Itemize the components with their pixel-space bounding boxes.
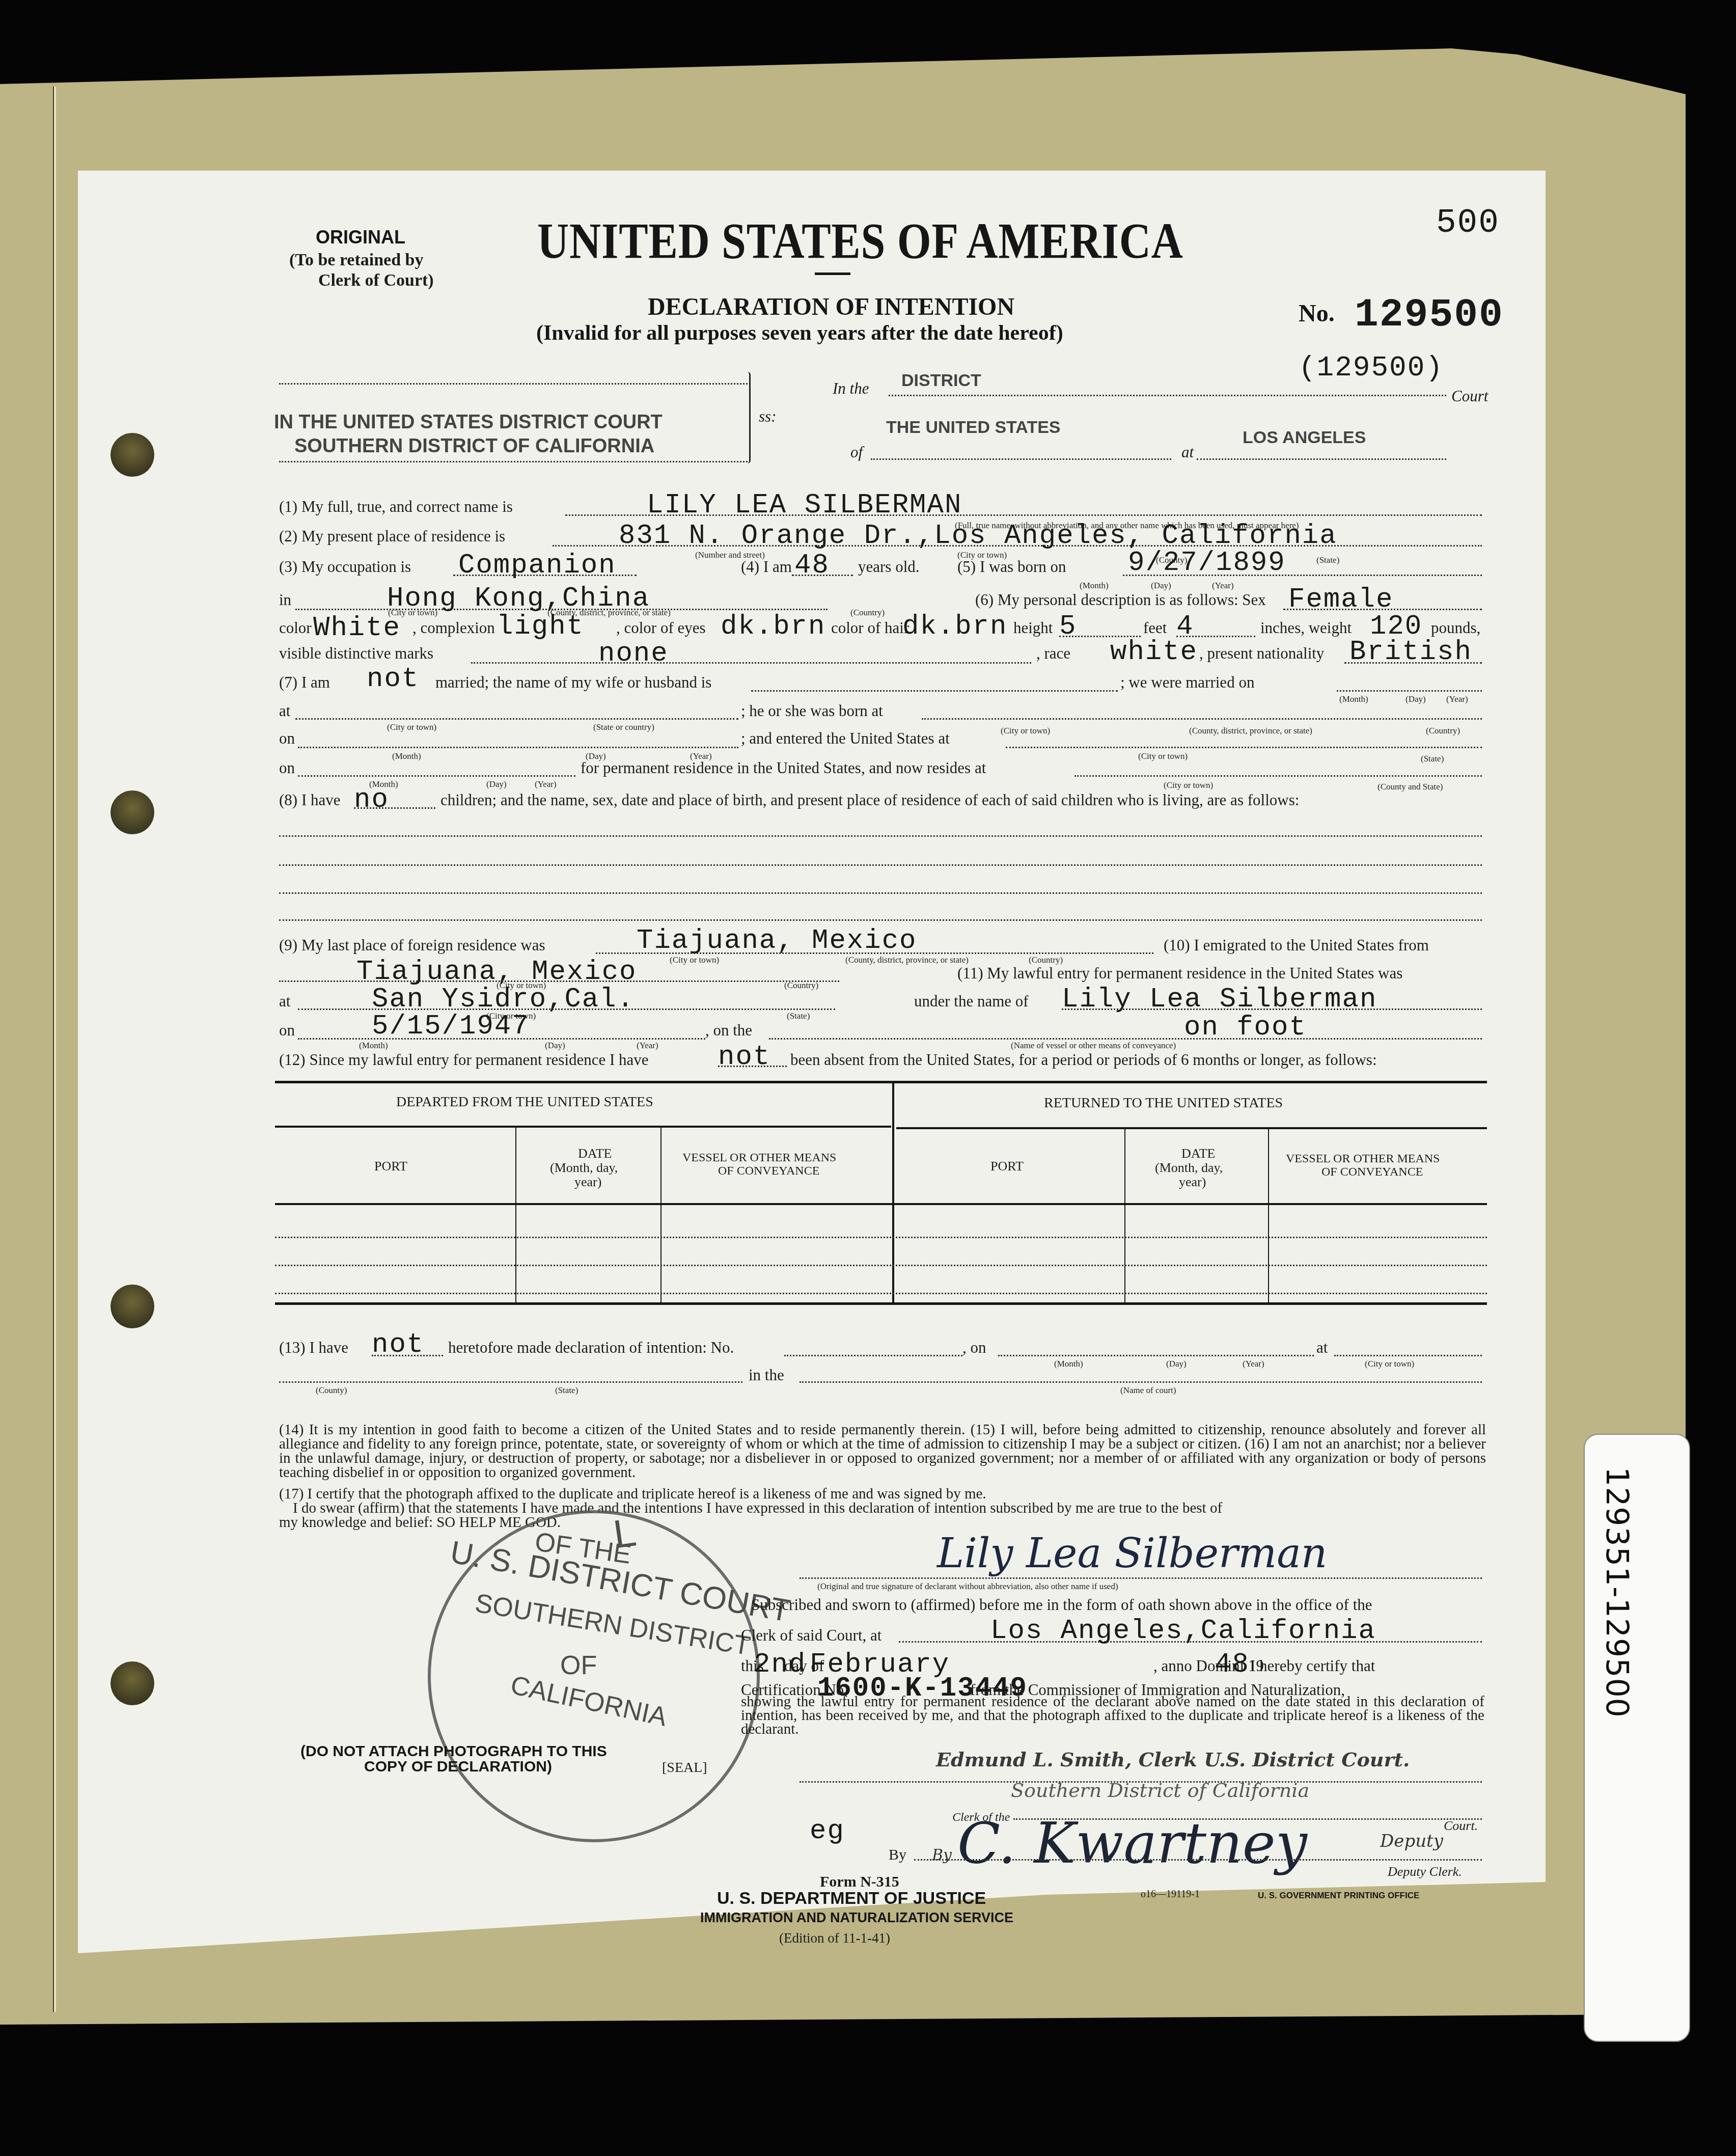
hint: (State) <box>1421 754 1444 764</box>
hint: (Year) <box>1243 1359 1264 1369</box>
q7-label: (7) I am <box>279 673 330 692</box>
prior-declaration-court[interactable] <box>800 1381 1482 1383</box>
hole-punch <box>111 1285 154 1328</box>
occupation[interactable]: Companion <box>458 550 616 581</box>
hint: (Day) <box>1151 581 1171 591</box>
departed-header: DEPARTED FROM THE UNITED STATES <box>396 1094 653 1110</box>
children-line[interactable] <box>279 919 1482 921</box>
birth-date[interactable]: 9/27/1899 <box>1128 548 1286 579</box>
col-date: DATE <box>1181 1146 1215 1161</box>
court-label: Court. <box>1444 1818 1478 1834</box>
color-label: color <box>279 619 312 637</box>
married-on-label: ; we were married on <box>1120 673 1254 692</box>
on-label: on <box>279 759 295 777</box>
validity-note: (Invalid for all purposes seven years af… <box>536 321 1063 345</box>
q7-text: married; the name of my wife or husband … <box>435 673 711 692</box>
number-label: No. <box>1299 299 1335 328</box>
hint: (County) <box>316 1385 347 1396</box>
entry-name[interactable]: Lily Lea Silberman <box>1062 984 1377 1015</box>
title-divider <box>815 272 850 275</box>
at-label: at <box>1316 1339 1328 1357</box>
clerk-location[interactable]: Los Angeles,California <box>990 1616 1376 1647</box>
prior-declaration-date[interactable] <box>998 1355 1314 1356</box>
court-stamp: SOUTHERN DISTRICT OF CALIFORNIA <box>294 435 654 457</box>
hint: (Country) <box>1426 726 1460 736</box>
sex[interactable]: Female <box>1288 584 1393 615</box>
children-line[interactable] <box>279 835 1482 837</box>
q4-label: (4) I am <box>741 558 792 576</box>
last-foreign-residence[interactable]: Tiajuana, Mexico <box>637 925 917 957</box>
q8-label: (8) I have <box>279 791 341 809</box>
hint: (Month) <box>1054 1359 1083 1369</box>
residence[interactable]: 831 N. Orange Dr.,Los Angeles, Californi… <box>619 521 1337 552</box>
table-row[interactable] <box>275 1265 1487 1266</box>
marital-status[interactable]: not <box>367 664 419 695</box>
entry-place[interactable]: San Ysidro,Cal. <box>372 984 635 1015</box>
bracket <box>748 372 751 463</box>
table-row[interactable] <box>275 1237 1487 1238</box>
q5-label: (5) I was born on <box>957 558 1066 576</box>
prior-declaration-county-state[interactable] <box>279 1381 742 1383</box>
hint: (Name of court) <box>1120 1385 1176 1396</box>
hint: (County, district, province, or state) <box>1189 726 1312 736</box>
deputy-signature: C. Kwartney <box>957 1811 1307 1876</box>
clerk-initials: eg <box>810 1816 845 1847</box>
edition: (Edition of 11-1-41) <box>779 1930 890 1946</box>
table-top-rule <box>275 1081 1487 1083</box>
seal-text: OF <box>560 1650 597 1681</box>
pounds-label: pounds, <box>1431 619 1480 637</box>
col-date: (Month, day, <box>1155 1160 1223 1176</box>
absence-status[interactable]: not <box>718 1042 770 1073</box>
col-vessel: VESSEL OR OTHER MEANS <box>682 1151 836 1165</box>
on-the-label: , on the <box>705 1021 752 1040</box>
retained-note: (To be retained by <box>289 251 424 270</box>
nationality-label: , present nationality <box>1199 644 1324 663</box>
oath-paragraph: (14) It is my intention in good faith to… <box>279 1423 1486 1480</box>
hint: (State or country) <box>593 722 654 732</box>
folder-label-range: 129351-129500 <box>1599 1467 1635 2058</box>
hole-punch <box>111 433 154 477</box>
table-row[interactable] <box>275 1293 1487 1294</box>
marks-label: visible distinctive marks <box>279 644 433 663</box>
col-vessel: OF CONVEYANCE <box>1321 1165 1423 1179</box>
under-name-label: under the name of <box>914 992 1029 1011</box>
q10-label: (10) I emigrated to the United States fr… <box>1164 936 1429 954</box>
form-title: DECLARATION OF INTENTION <box>648 293 1014 321</box>
q3-label: (3) My occupation is <box>279 558 411 576</box>
col-date: year) <box>1179 1175 1206 1190</box>
hint: (Month) <box>1080 581 1109 591</box>
hint: (Name of vessel or other means of convey… <box>1011 1041 1176 1051</box>
returned-header: RETURNED TO THE UNITED STATES <box>1044 1095 1283 1111</box>
hint: (State) <box>1316 555 1339 565</box>
feet-label: feet <box>1143 619 1167 637</box>
ss-label: ss: <box>759 407 776 426</box>
q2-label: (2) My present place of residence is <box>279 527 505 545</box>
col-vessel: OF CONVEYANCE <box>718 1164 819 1178</box>
hint: (Day) <box>545 1041 565 1051</box>
hint: (City or town) <box>1138 751 1188 761</box>
sworn-year[interactable]: 48 <box>1215 1649 1250 1680</box>
declaration-number-paren: (129500) <box>1299 351 1444 384</box>
race-label: , race <box>1036 644 1070 663</box>
entry-date[interactable]: 5/15/1947 <box>372 1011 530 1042</box>
on-label: , on <box>962 1339 986 1357</box>
hair-color[interactable]: dk.brn <box>902 611 1007 642</box>
cert-paragraph: showing the lawful entry for permanent r… <box>741 1695 1484 1736</box>
hint: (Country) <box>850 608 885 618</box>
hair-label: color of hair <box>831 619 909 637</box>
signature-hint: (Original and true signature of declaran… <box>817 1581 1118 1592</box>
hint: (Year) <box>1212 581 1234 591</box>
conveyance[interactable]: on foot <box>1184 1012 1307 1043</box>
hint: (County, district, province, or state) <box>845 955 969 965</box>
entered-at-label: ; and entered the United States at <box>741 729 950 748</box>
hint: (Day) <box>1406 694 1426 704</box>
children-line[interactable] <box>279 892 1482 894</box>
hint: (State) <box>555 1385 578 1396</box>
complexion-label: , complexion <box>412 619 495 637</box>
print-code: o16—19119-1 <box>1141 1889 1200 1900</box>
hint: (Month) <box>392 751 421 761</box>
full-name[interactable]: LILY LEA SILBERMAN <box>647 490 962 521</box>
seal-label: [SEAL] <box>662 1760 707 1776</box>
service: IMMIGRATION AND NATURALIZATION SERVICE <box>700 1910 1013 1926</box>
prior-declaration-number[interactable] <box>784 1355 962 1356</box>
q6-label: (6) My personal description is as follow… <box>975 591 1266 609</box>
hint: (Day) <box>1166 1359 1187 1369</box>
printer: U. S. GOVERNMENT PRINTING OFFICE <box>1258 1891 1419 1901</box>
eye-color[interactable]: dk.brn <box>721 611 825 642</box>
by-label: By <box>889 1846 906 1864</box>
age[interactable]: 48 <box>794 550 830 581</box>
venue-of: THE UNITED STATES <box>886 418 1061 438</box>
children-count[interactable]: no <box>354 784 389 815</box>
of-label: of <box>850 443 863 461</box>
on-label: on <box>279 1021 295 1040</box>
photo-note: (DO NOT ATTACH PHOTOGRAPH TO THIS <box>300 1743 607 1760</box>
in-the-label: In the <box>833 379 869 398</box>
height-label: height <box>1013 619 1053 637</box>
hint: (Month) <box>359 1041 388 1051</box>
in-label: in <box>279 591 291 609</box>
court-suffix: Court <box>1451 387 1488 405</box>
distinctive-marks[interactable]: none <box>598 638 669 669</box>
height-feet[interactable]: 5 <box>1059 611 1077 642</box>
venue-at: LOS ANGELES <box>1243 428 1366 448</box>
inches-label: inches, weight <box>1260 619 1352 637</box>
hint: (Year) <box>1446 694 1468 704</box>
at-label: at <box>279 702 290 720</box>
folder-crease <box>53 87 56 2012</box>
hint: (City or town) <box>387 722 436 732</box>
hereby-label: I hereby certify that <box>1250 1657 1375 1675</box>
photo-note: COPY OF DECLARATION) <box>364 1758 552 1776</box>
race[interactable]: white <box>1110 637 1198 668</box>
q13-label: (13) I have <box>279 1339 348 1357</box>
hole-punch <box>111 1661 154 1705</box>
children-line[interactable] <box>279 864 1482 866</box>
clerk-stamp: Edmund L. Smith, Clerk U.S. District Cou… <box>936 1748 1410 1771</box>
hint: (County and State) <box>1377 782 1443 792</box>
hint: (Day) <box>486 779 507 789</box>
now-resides-label: for permanent residence in the United St… <box>581 759 986 777</box>
hint: (State) <box>787 1011 810 1021</box>
hint: (Year) <box>637 1041 658 1051</box>
hint: (Year) <box>535 779 557 789</box>
table-divider <box>892 1082 894 1304</box>
col-date: DATE <box>578 1146 612 1161</box>
on-label: on <box>279 729 295 748</box>
subscribed-text: Subscribed and sworn to (affirmed) befor… <box>751 1596 1372 1614</box>
hint: (Month) <box>1339 694 1368 704</box>
q11-label: (11) My lawful entry for permanent resid… <box>957 964 1402 983</box>
col-port: PORT <box>990 1159 1024 1174</box>
col-vessel: VESSEL OR OTHER MEANS <box>1286 1152 1440 1166</box>
original-label: ORIGINAL <box>316 227 405 248</box>
at-label: at <box>279 992 290 1011</box>
at-label: at <box>1181 443 1194 461</box>
court-stamp: IN THE UNITED STATES DISTRICT COURT <box>274 412 663 433</box>
table-bottom-rule <box>275 1302 1487 1305</box>
in-the-label: in the <box>749 1366 784 1384</box>
corner-number: 500 <box>1436 204 1500 242</box>
hole-punch <box>111 790 154 834</box>
q12-text: been absent from the United States, for … <box>790 1051 1377 1069</box>
complexion[interactable]: light <box>497 611 584 642</box>
prior-declaration-city[interactable] <box>1334 1355 1482 1356</box>
department: U. S. DEPARTMENT OF JUSTICE <box>717 1889 986 1908</box>
hint: (City or town) <box>1001 726 1050 736</box>
clerk-label: Clerk of said Court, at <box>741 1626 881 1645</box>
hint: (Country) <box>784 980 818 991</box>
q13-text: heretofore made declaration of intention… <box>448 1339 734 1357</box>
hint: (City or town) <box>1365 1359 1414 1369</box>
country-title: UNITED STATES OF AMERICA <box>537 211 1183 270</box>
court-type: DISTRICT <box>901 371 981 391</box>
hint: (City or town) <box>1164 780 1213 790</box>
q12-label: (12) Since my lawful entry for permanent… <box>279 1051 649 1069</box>
eyes-label: , color of eyes <box>616 619 706 637</box>
q9-label: (9) My last place of foreign residence w… <box>279 936 545 954</box>
form-number: Form N-315 <box>820 1873 899 1891</box>
q8-text: children; and the name, sex, date and pl… <box>440 791 1299 809</box>
deputy-stamp: Deputy <box>1380 1831 1443 1851</box>
color[interactable]: White <box>313 613 401 644</box>
declarant-signature: Lily Lea Silberman <box>937 1530 1327 1577</box>
col-date: year) <box>574 1175 601 1190</box>
q1-label: (1) My full, true, and correct name is <box>279 498 513 516</box>
deputy-clerk-label: Deputy Clerk. <box>1388 1864 1462 1879</box>
col-date: (Month, day, <box>550 1160 618 1176</box>
years-old-label: years old. <box>858 558 920 576</box>
hint: (Country) <box>1029 955 1063 965</box>
clerk-stamp-district: Southern District of California <box>1011 1779 1309 1802</box>
declaration-number: 129500 <box>1355 293 1504 338</box>
col-port: PORT <box>374 1159 407 1174</box>
hint: (City or town) <box>670 955 719 965</box>
by-stamp: By <box>932 1846 952 1864</box>
retained-note: Clerk of Court) <box>318 271 434 290</box>
born-at-label: ; he or she was born at <box>741 702 883 720</box>
